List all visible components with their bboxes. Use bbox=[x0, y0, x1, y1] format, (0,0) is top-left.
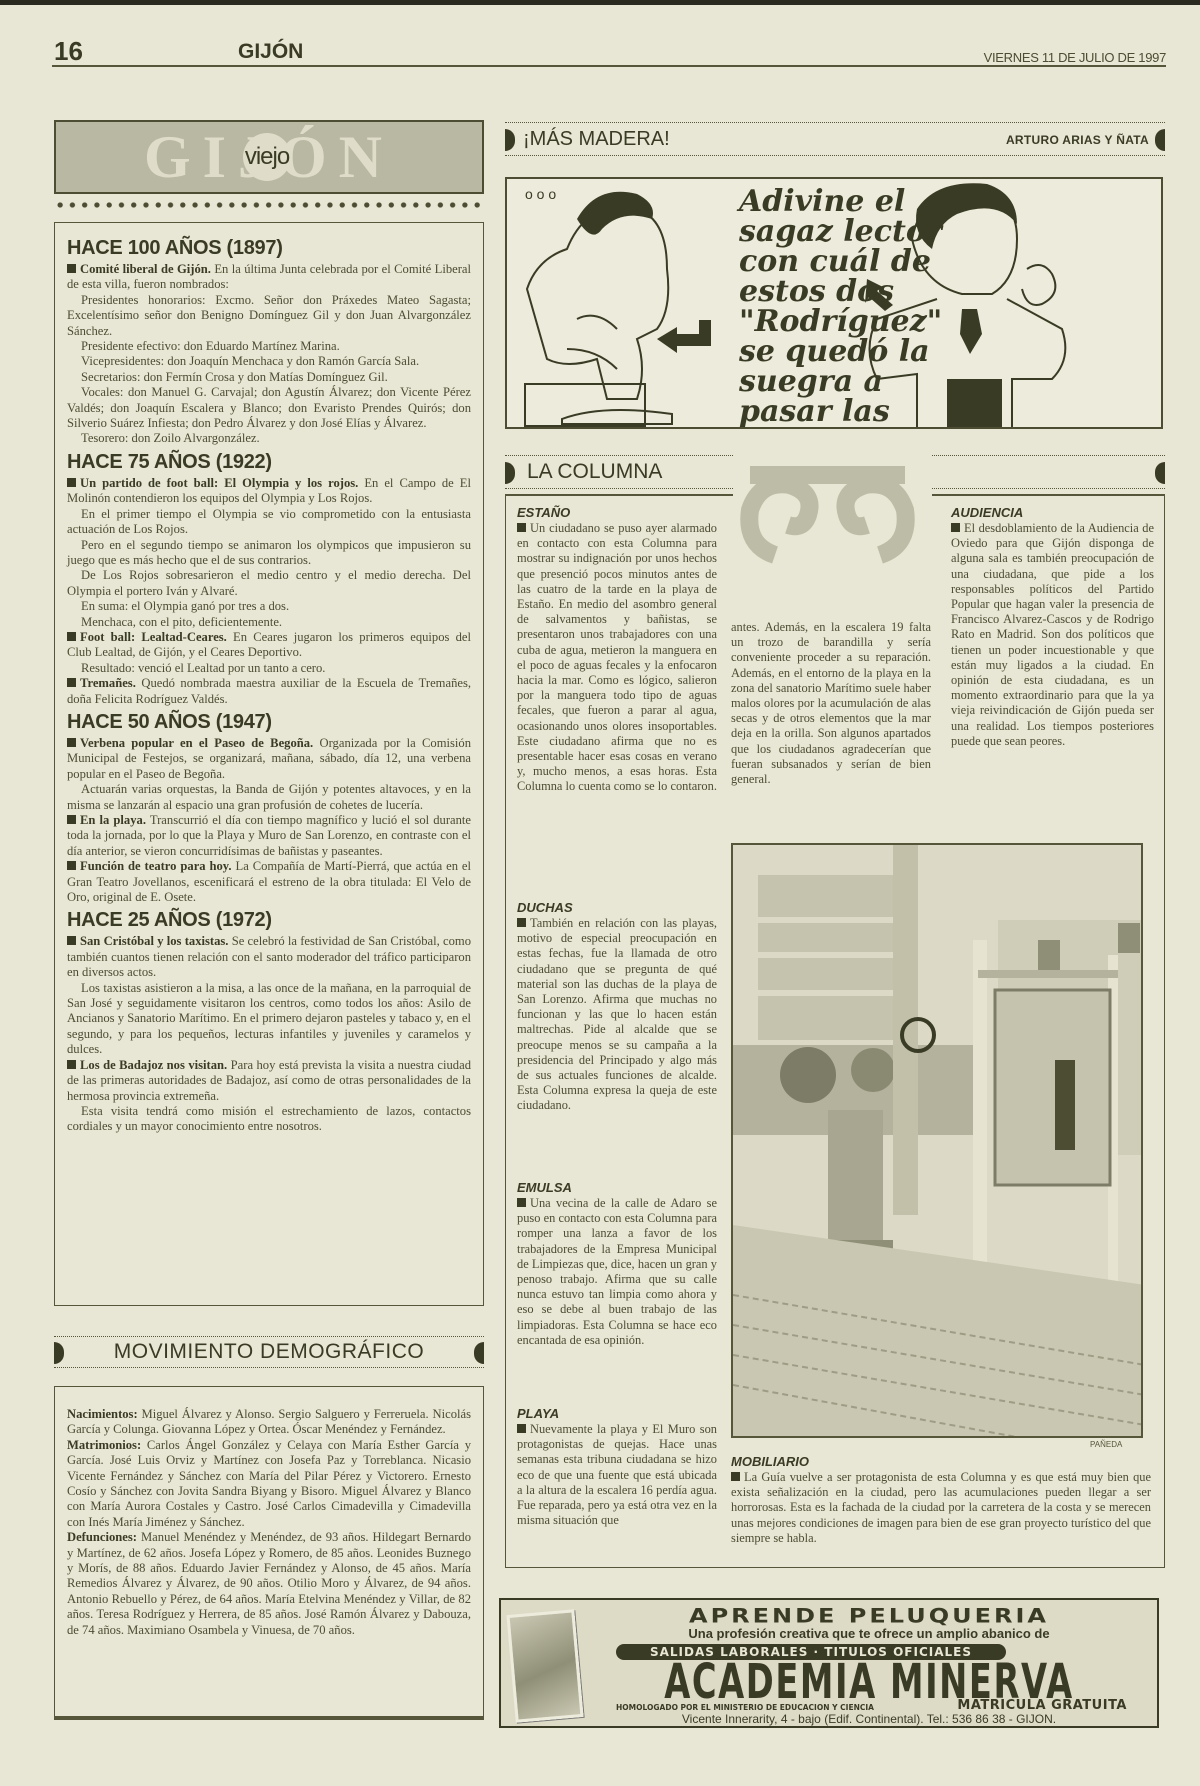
box-rule bbox=[505, 494, 733, 496]
paragraph-text: Resultado: venció el Lealtad por un tant… bbox=[81, 661, 325, 675]
banner-viejo-badge: viejo bbox=[243, 133, 291, 181]
item-lead: Tremañes. bbox=[80, 676, 136, 690]
box-rule bbox=[932, 494, 1165, 496]
entry-label: Nacimientos: bbox=[67, 1407, 138, 1421]
paragraph: Tesorero: don Zoilo Alvargonzález. bbox=[67, 431, 471, 446]
paragraph-text: Presidentes honorarios: Excmo. Señor don… bbox=[67, 293, 471, 338]
paragraph: Resultado: venció el Lealtad por un tant… bbox=[67, 661, 471, 676]
ad-matricula: MATRICULA GRATUITA bbox=[957, 1698, 1127, 1713]
half-circle-right-icon bbox=[1155, 462, 1165, 484]
paragraph: Secretarios: don Fermín Crosa y don Matí… bbox=[67, 370, 471, 385]
bullet-square-icon bbox=[67, 678, 76, 687]
paragraph-text: Pero en el segundo tiempo se animaron lo… bbox=[67, 538, 471, 567]
item-lead: Foot ball: Lealtad-Ceares. bbox=[80, 630, 227, 644]
playa-continuation: antes. Además, en la escalera 19 falta u… bbox=[731, 620, 931, 787]
paragraph-text: Tesorero: don Zoilo Alvargonzález. bbox=[81, 431, 260, 445]
photo-credit: PAÑEDA bbox=[1090, 1440, 1122, 1449]
paragraph: Un partido de foot ball: El Olympia y lo… bbox=[67, 476, 471, 507]
demographic-entry: Nacimientos: Miguel Álvarez y Alonso. Se… bbox=[67, 1407, 471, 1438]
half-circle-right-icon bbox=[1155, 129, 1165, 151]
cartoon-panel: o o o Adivine el sagaz lector con cuál d… bbox=[505, 177, 1163, 429]
bullet-square-icon bbox=[67, 861, 76, 870]
ad-subline: Una profesión creativa que te ofrece un … bbox=[591, 1626, 1147, 1641]
subhead-audiencia: AUDIENCIA bbox=[951, 505, 1154, 520]
bullet-square-icon bbox=[67, 815, 76, 824]
ad-headline: APRENDE PELUQUERIA bbox=[591, 1605, 1147, 1627]
paragraph: Comité liberal de Gijón. En la última Ju… bbox=[67, 262, 471, 293]
duchas-text: También en relación con las playas, moti… bbox=[517, 916, 717, 1114]
playa-body: Nuevamente la playa y El Muro son protag… bbox=[517, 1422, 717, 1527]
scan-top-edge bbox=[0, 0, 1200, 5]
bullet-square-icon bbox=[517, 1424, 526, 1433]
paragraph: De Los Rojos sobresarieron el medio cent… bbox=[67, 568, 471, 599]
item-lead: Los de Badajoz nos visitan. bbox=[80, 1058, 227, 1072]
subhead-mobiliario: MOBILIARIO bbox=[731, 1454, 1151, 1469]
paragraph: Pero en el segundo tiempo se animaron lo… bbox=[67, 538, 471, 569]
subhead-emulsa: EMULSA bbox=[517, 1180, 717, 1195]
header-rule bbox=[52, 65, 1166, 67]
paragraph-text: En suma: el Olympia ganó por tres a dos. bbox=[81, 599, 289, 613]
item-lead: San Cristóbal y los taxistas. bbox=[80, 934, 228, 948]
ad-portrait-image bbox=[506, 1609, 583, 1723]
era-body: Comité liberal de Gijón. En la última Ju… bbox=[67, 262, 471, 447]
paragraph: Vicepresidentes: don Joaquín Menchaca y … bbox=[67, 354, 471, 369]
subhead-estano: ESTAÑO bbox=[517, 505, 717, 520]
paragraph-text: Presidente efectivo: don Eduardo Martíne… bbox=[81, 339, 340, 353]
demographic-entry: Defunciones: Manuel Menéndez y Menéndez,… bbox=[67, 1530, 471, 1638]
ad-address: Vicente Innerarity, 4 - bajo (Edif. Cont… bbox=[591, 1712, 1147, 1726]
audiencia-body: El desdoblamiento de la Audiencia de Ovi… bbox=[951, 521, 1154, 748]
cartoon-author: ARTURO ARIAS Y ÑATA bbox=[1006, 133, 1149, 147]
paragraph-text: Los taxistas asistieron a la misa, a las… bbox=[67, 981, 471, 1057]
era-body: Verbena popular en el Paseo de Begoña. O… bbox=[67, 736, 471, 905]
subhead-duchas: DUCHAS bbox=[517, 900, 717, 915]
banner-title: GIJÓN viejo bbox=[144, 123, 394, 192]
paragraph: Actuarán varias orquestas, la Banda de G… bbox=[67, 782, 471, 813]
column-playa: PLAYA Nuevamente la playa y El Muro son … bbox=[517, 1406, 717, 1528]
column-playa-continued: antes. Además, en la escalera 19 falta u… bbox=[731, 620, 931, 787]
era-heading: HACE 100 AÑOS (1897) bbox=[67, 237, 471, 260]
paragraph-text: Secretarios: don Fermín Crosa y don Matí… bbox=[81, 370, 388, 384]
column-duchas: DUCHAS También en relación con las playa… bbox=[517, 900, 717, 1114]
mobiliario-text: La Guía vuelve a ser protagonista de est… bbox=[731, 1470, 1151, 1546]
gijon-viejo-box: HACE 100 AÑOS (1897)Comité liberal de Gi… bbox=[54, 222, 484, 1306]
paragraph: San Cristóbal y los taxistas. Se celebró… bbox=[67, 934, 471, 980]
page-number: 16 bbox=[54, 36, 83, 67]
cartoon-caption: Adivine el sagaz lector con cuál de esto… bbox=[739, 187, 959, 429]
paragraph: Los de Badajoz nos visitan. Para hoy est… bbox=[67, 1058, 471, 1104]
bullet-square-icon bbox=[67, 632, 76, 641]
era-heading: HACE 75 AÑOS (1922) bbox=[67, 451, 471, 474]
la-columna-header: LA COLUMNA bbox=[505, 455, 733, 489]
movimiento-box: Nacimientos: Miguel Álvarez y Alonso. Se… bbox=[54, 1386, 484, 1720]
paragraph: En la playa. Transcurrió el día con tiem… bbox=[67, 813, 471, 859]
paragraph: Los taxistas asistieron a la misa, a las… bbox=[67, 981, 471, 1058]
era-heading: HACE 25 AÑOS (1972) bbox=[67, 909, 471, 932]
item-lead: En la playa. bbox=[80, 813, 146, 827]
column-estano: ESTAÑO Un ciudadano se puso ayer alarmad… bbox=[517, 505, 717, 795]
paragraph-text: De Los Rojos sobresarieron el medio cent… bbox=[67, 568, 471, 597]
bullet-square-icon bbox=[67, 478, 76, 487]
item-lead: Un partido de foot ball: El Olympia y lo… bbox=[80, 476, 358, 490]
bullet-square-icon bbox=[67, 738, 76, 747]
issue-date: VIERNES 11 DE JULIO DE 1997 bbox=[984, 50, 1166, 65]
estano-text: Un ciudadano se puso ayer alarmado en co… bbox=[517, 521, 717, 795]
emulsa-body: Una vecina de la calle de Adaro se puso … bbox=[517, 1196, 717, 1347]
mas-madera-title: ¡MÁS MADERA! bbox=[523, 128, 670, 151]
movimiento-header: MOVIMIENTO DEMOGRÁFICO bbox=[54, 1336, 484, 1368]
subhead-playa: PLAYA bbox=[517, 1406, 717, 1421]
paragraph: En suma: el Olympia ganó por tres a dos. bbox=[67, 599, 471, 614]
paragraph-text: Actuarán varias orquestas, la Banda de G… bbox=[67, 782, 471, 811]
emulsa-text: Una vecina de la calle de Adaro se puso … bbox=[517, 1196, 717, 1348]
paragraph: Foot ball: Lealtad-Ceares. En Ceares jug… bbox=[67, 630, 471, 661]
entry-text: Manuel Menéndez y Menéndez, de 93 años. … bbox=[67, 1530, 471, 1636]
gijon-viejo-banner: GIJÓN viejo bbox=[54, 120, 484, 194]
paragraph-text: En el primer tiempo el Olympia se vio co… bbox=[67, 507, 471, 536]
mobiliario-body: La Guía vuelve a ser protagonista de est… bbox=[731, 1470, 1151, 1545]
column-mobiliario: MOBILIARIO La Guía vuelve a ser protagon… bbox=[731, 1454, 1151, 1546]
section-name: GIJÓN bbox=[238, 40, 303, 64]
column-emulsa: EMULSA Una vecina de la calle de Adaro s… bbox=[517, 1180, 717, 1348]
era-body: Un partido de foot ball: El Olympia y lo… bbox=[67, 476, 471, 707]
bullet-square-icon bbox=[517, 918, 526, 927]
bullet-square-icon bbox=[67, 936, 76, 945]
ad-homologado: HOMOLOGADO POR EL MINISTERIO DE EDUCACIO… bbox=[616, 1703, 874, 1712]
paragraph: Función de teatro para hoy. La Compañía … bbox=[67, 859, 471, 905]
entry-label: Defunciones: bbox=[67, 1530, 137, 1544]
paragraph-text: Menchaca, con el pito, deficientemente. bbox=[81, 615, 282, 629]
estano-body: Un ciudadano se puso ayer alarmado en co… bbox=[517, 521, 717, 793]
paragraph: Esta visita tendrá como misión el estrec… bbox=[67, 1104, 471, 1135]
bullet-square-icon bbox=[517, 523, 526, 532]
audiencia-text: El desdoblamiento de la Audiencia de Ovi… bbox=[951, 521, 1154, 749]
la-columna-title: LA COLUMNA bbox=[527, 460, 662, 484]
paragraph-text: Vicepresidentes: don Joaquín Menchaca y … bbox=[81, 354, 419, 368]
mas-madera-header: ¡MÁS MADERA! ARTURO ARIAS Y ÑATA bbox=[505, 122, 1165, 156]
playa-text: Nuevamente la playa y El Muro son protag… bbox=[517, 1422, 717, 1528]
column-audiencia: AUDIENCIA El desdoblamiento de la Audien… bbox=[951, 505, 1154, 749]
entry-label: Matrimonios: bbox=[67, 1438, 141, 1452]
paragraph: Verbena popular en el Paseo de Begoña. O… bbox=[67, 736, 471, 782]
bullet-square-icon bbox=[951, 523, 960, 532]
item-lead: Comité liberal de Gijón. bbox=[80, 262, 211, 276]
bullet-square-icon bbox=[517, 1198, 526, 1207]
bullet-square-icon bbox=[731, 1472, 740, 1481]
item-lead: Función de teatro para hoy. bbox=[80, 859, 232, 873]
paragraph-text: Esta visita tendrá como misión el estrec… bbox=[67, 1104, 471, 1133]
paragraph: Menchaca, con el pito, deficientemente. bbox=[67, 615, 471, 630]
era-heading: HACE 50 AÑOS (1947) bbox=[67, 711, 471, 734]
street-furniture-photo bbox=[731, 843, 1143, 1438]
duchas-body: También en relación con las playas, moti… bbox=[517, 916, 717, 1112]
bullet-square-icon bbox=[67, 264, 76, 273]
demographic-entry: Matrimonios: Carlos Ángel González y Cel… bbox=[67, 1438, 471, 1530]
paragraph: En el primer tiempo el Olympia se vio co… bbox=[67, 507, 471, 538]
academia-minerva-ad: APRENDE PELUQUERIA Una profesión creativ… bbox=[499, 1598, 1159, 1728]
half-circle-left-icon bbox=[505, 462, 515, 484]
la-columna-header-right bbox=[932, 455, 1165, 489]
photo-street-icon bbox=[733, 845, 1143, 1438]
movimiento-title: MOVIMIENTO DEMOGRÁFICO bbox=[54, 1340, 484, 1364]
dotted-divider bbox=[54, 200, 484, 210]
item-lead: Verbena popular en el Paseo de Begoña. bbox=[80, 736, 313, 750]
svg-text:o o o: o o o bbox=[525, 186, 556, 202]
paragraph: Presidentes honorarios: Excmo. Señor don… bbox=[67, 293, 471, 339]
era-body: San Cristóbal y los taxistas. Se celebró… bbox=[67, 934, 471, 1134]
paragraph: Vocales: don Manuel G. Carvajal; don Agu… bbox=[67, 385, 471, 431]
half-circle-left-icon bbox=[505, 129, 515, 151]
bullet-square-icon bbox=[67, 1060, 76, 1069]
paragraph: Tremañes. Quedó nombrada maestra auxilia… bbox=[67, 676, 471, 707]
paragraph: Presidente efectivo: don Eduardo Martíne… bbox=[67, 339, 471, 354]
paragraph-text: Vocales: don Manuel G. Carvajal; don Agu… bbox=[67, 385, 471, 430]
